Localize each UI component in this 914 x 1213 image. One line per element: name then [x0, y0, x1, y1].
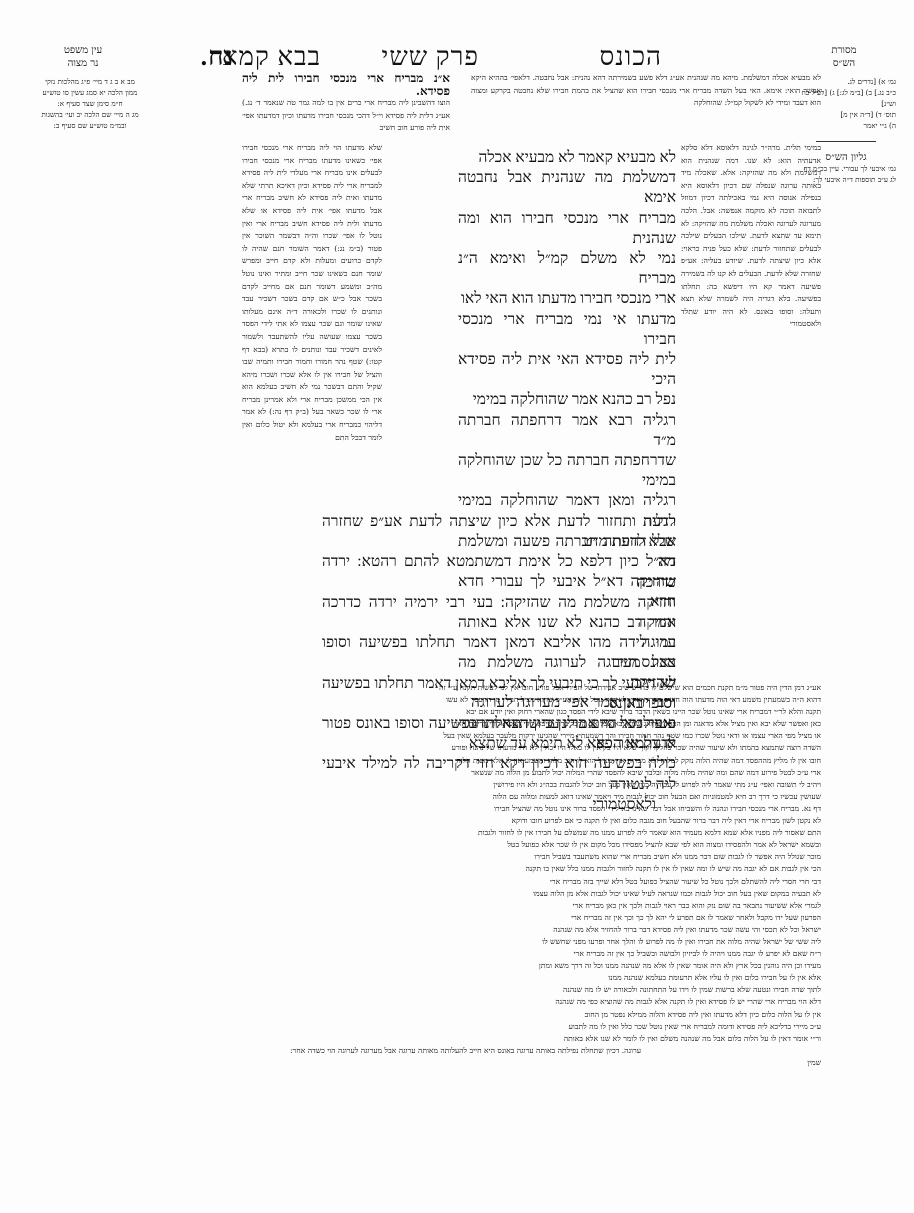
tosafot-line: לא נקטן לשון מבריח ארי דאין ליה דבר ברור…: [91, 815, 821, 827]
perek-title: פרק ששי: [382, 42, 479, 72]
tosafot-line: לגמרי אלא ששיעור נתבאר בה שום נזק והוא כ…: [91, 900, 821, 912]
masoret-entry: ה) ג״י יאמר: [796, 120, 896, 131]
tosafot-line: אע״ג דמן הדין היה פטור מ״מ תקנת חכמים הו…: [91, 682, 821, 694]
ein-mishpat-entry: מב א ב ג ד מיי׳ פ״ג מהלכות נזקי ממון הלכ…: [40, 76, 140, 109]
commentary-lead: א״נ מבריח ארי מנכסי חבירו לית ליה פסידא.: [242, 72, 450, 97]
commentary-body: הוצו דהשבינן ליה מבריח ארי כרים אין בו ל…: [242, 97, 450, 135]
tosafot-line: אלא אין לו על חבירו כלום ואין לו עליו אל…: [91, 972, 821, 984]
ein-mishpat-column: מב א ב ג ד מיי׳ פ״ג מהלכות נזקי ממון הלכ…: [40, 76, 140, 131]
tosafot-line: או מציל מפי הארי עצמו או ודאי נוטל שכרו …: [91, 730, 821, 742]
tosafot-line: ר״ח שאם לא יפרע לו יגבה ממנו ויהיה לו לב…: [91, 948, 821, 960]
chapter-name: הכונס: [599, 42, 662, 72]
tosafot-column: שלא מדעתו הוי ליה מבריח ארי מנכסי חבירו …: [242, 142, 382, 444]
gemara-line: והזיקה משלמת מה שהזיקה: בעי רבי ירמיה יר…: [322, 593, 676, 633]
gemara-line: נפל רב כהנא אמר שהוחלקה במימי: [458, 390, 676, 410]
tosafot-line: מוכר שגולל היה אפשר לו לגבות שום דבר ממנ…: [91, 851, 821, 863]
tosafot-line: ישראל וכל לא תכסי והי עשה שכר מדעתו ואין…: [91, 924, 821, 936]
tosafot-line: ובשמא ישראל לא אמר ולהפסידו ומצוה הוא לפ…: [91, 839, 821, 851]
commentary-top-right: לא מבעיא אכלה דמשלמת. מיהא מה שנהנית אע״…: [471, 72, 821, 110]
tosafot-line: מעידו וכן היה נוהגין בכל ארץ ולא היה אומ…: [91, 960, 821, 972]
tosafot-line: התם שאסור ליה מפניו אלא שמא דלמא מעמיד ה…: [91, 827, 821, 839]
catchword: שמין: [91, 1057, 821, 1069]
commentary-top-left: א״נ מבריח ארי מנכסי חבירו לית ליה פסידא.…: [242, 72, 450, 135]
gemara-line: נמי לא משלם קמ״ל ואימא ה״נ מבריח: [458, 249, 676, 289]
tosafot-line: לתוך שדה חבירו ונטעה שלא ברשות שמין לו ו…: [91, 984, 821, 996]
masoret-entry: תוס׳ ד) [ד״ה אין מ]: [796, 109, 896, 120]
ein-mishpat-subtitle: נר מצוה: [48, 57, 118, 70]
tosafot-line: הכי אין לגבות אם לא יגבה מה שיש לו ומה ש…: [91, 863, 821, 875]
tosafot-line: דף נא. מבריח ארי מנכסי חבירו ונהנה לו וה…: [91, 803, 821, 815]
masoret-label: מסורת הש״ס: [814, 44, 874, 70]
tosafot-closing: ערוגה. דכיון שתחלת נפילתה באותה ערוגה בא…: [91, 1045, 821, 1057]
tosafot-line: ע״כ מיירי בדליכא ליה פסידא ודומה למבריח …: [91, 1021, 821, 1033]
masoret-subtitle: הש״ס: [814, 57, 874, 70]
tosafot-line: אין לו על הלוה כלום כיון דלא מדעתו ואין …: [91, 1009, 821, 1021]
tosafot-line: השדה רוצה שתמצא בהמתו ולא שיעור שהיה שכר…: [91, 742, 821, 754]
rashi-column: במימי תלית. מרה״ר לגינה דלאוסא דלא סלקא …: [681, 142, 821, 331]
tosafot-line: ויהיב לי תשובה ואפי׳ ע״ג מתי שאמר ליה לפ…: [91, 779, 821, 791]
ein-mishpat-label: עין משפט נר מצוה: [48, 44, 118, 70]
tosafot-line: דבי חרי חסרי ליה להשתלם ולכך נוטל כל שיע…: [91, 876, 821, 888]
tractate-title: בבא קמא: [222, 42, 321, 72]
gemara-line: לית ליה פסידא האי אית ליה פסידא היכי: [458, 350, 676, 390]
gemara-line: לדעת ותחזור לדעת אלא כיון שיצתה לדעת אע״…: [322, 512, 676, 552]
tosafot-line: ארי ע״כ לבטל פירוע דמה שהם ומה שהיה מלוה…: [91, 767, 821, 779]
gemara-line: ארי מנכסי חבירו מדעתו הוא האי לאו: [458, 289, 676, 309]
tosafot-line: ליה ששי של ישראל שהיה מלוה את חבירו ואין…: [91, 936, 821, 948]
ein-mishpat-title: עין משפט: [48, 44, 118, 57]
tosafot-line: כאן ואפשר שלא יבא ואין מציל אלא מדאגה ומ…: [91, 718, 821, 730]
gemara-line: דא״ל כיון דלפא כל אימת דמשתמטא להתם רהטא…: [322, 552, 676, 592]
tosafot-line: לא תבעיה במקום שאין בעל חוב יכול לגבות ו…: [91, 888, 821, 900]
tosafot-line: תקנה והלא לר״י דמבריח ארי שאינו נוטל שכר…: [91, 706, 821, 718]
tosafot-line: שעושין עכשיו כי דרך רב חיא למטמוניות ואם…: [91, 791, 821, 803]
ein-mishpat-entry: מג ה מיי׳ שם הלכה יב ועי׳ בהשגות ובמ״מ ט…: [40, 109, 140, 131]
gemara-line: לא מבעיא קאמר לא מבעיא אכלה: [458, 148, 676, 168]
gemara-line: מדעתו אי נמי מבריח ארי מנכסי חבירו: [458, 310, 676, 350]
gemara-line: שדרחפתה חברתה כל שכן שהוחלקה במימי: [458, 451, 676, 491]
ornament-divider: [816, 141, 876, 142]
tosafot-line: הפרעון שעל ידו מקבל ולאחר שאמר לו אם תפר…: [91, 912, 821, 924]
tosafot-line: ור״י אומר דאין לו על הלוה כלום אבל מה שנ…: [91, 1033, 821, 1045]
tosafot-line: חובו אין לו מליץ מההפסד דמה שהיה הלוה נז…: [91, 755, 821, 767]
masoret-title: מסורת: [814, 44, 874, 57]
tosafot-line: דלא הוי מבריח ארי שהרי יש לו פסידא ואין …: [91, 996, 821, 1008]
tosafot-line: דהוא ה״ה בשמעתין משמע דאי הוה מדעתו הוה …: [91, 694, 821, 706]
gemara-line: דמשלמת מה שנהנית אבל נחבטה אימא: [458, 168, 676, 208]
daf-number: נח.: [201, 42, 234, 72]
gemara-line: רגליה רבא אמר דרחפתה חברתה מ״ד: [458, 411, 676, 451]
gemara-line: מבריח ארי מנכסי חבירו הוא ומה שנהנית: [458, 209, 676, 249]
tosafot-bottom: אע״ג דמן הדין היה פטור מ״מ תקנת חכמים הו…: [91, 682, 821, 1069]
gemara-line: במי לידה מהו אליבא דמאן דאמר תחלתו בפשיע…: [322, 633, 676, 673]
